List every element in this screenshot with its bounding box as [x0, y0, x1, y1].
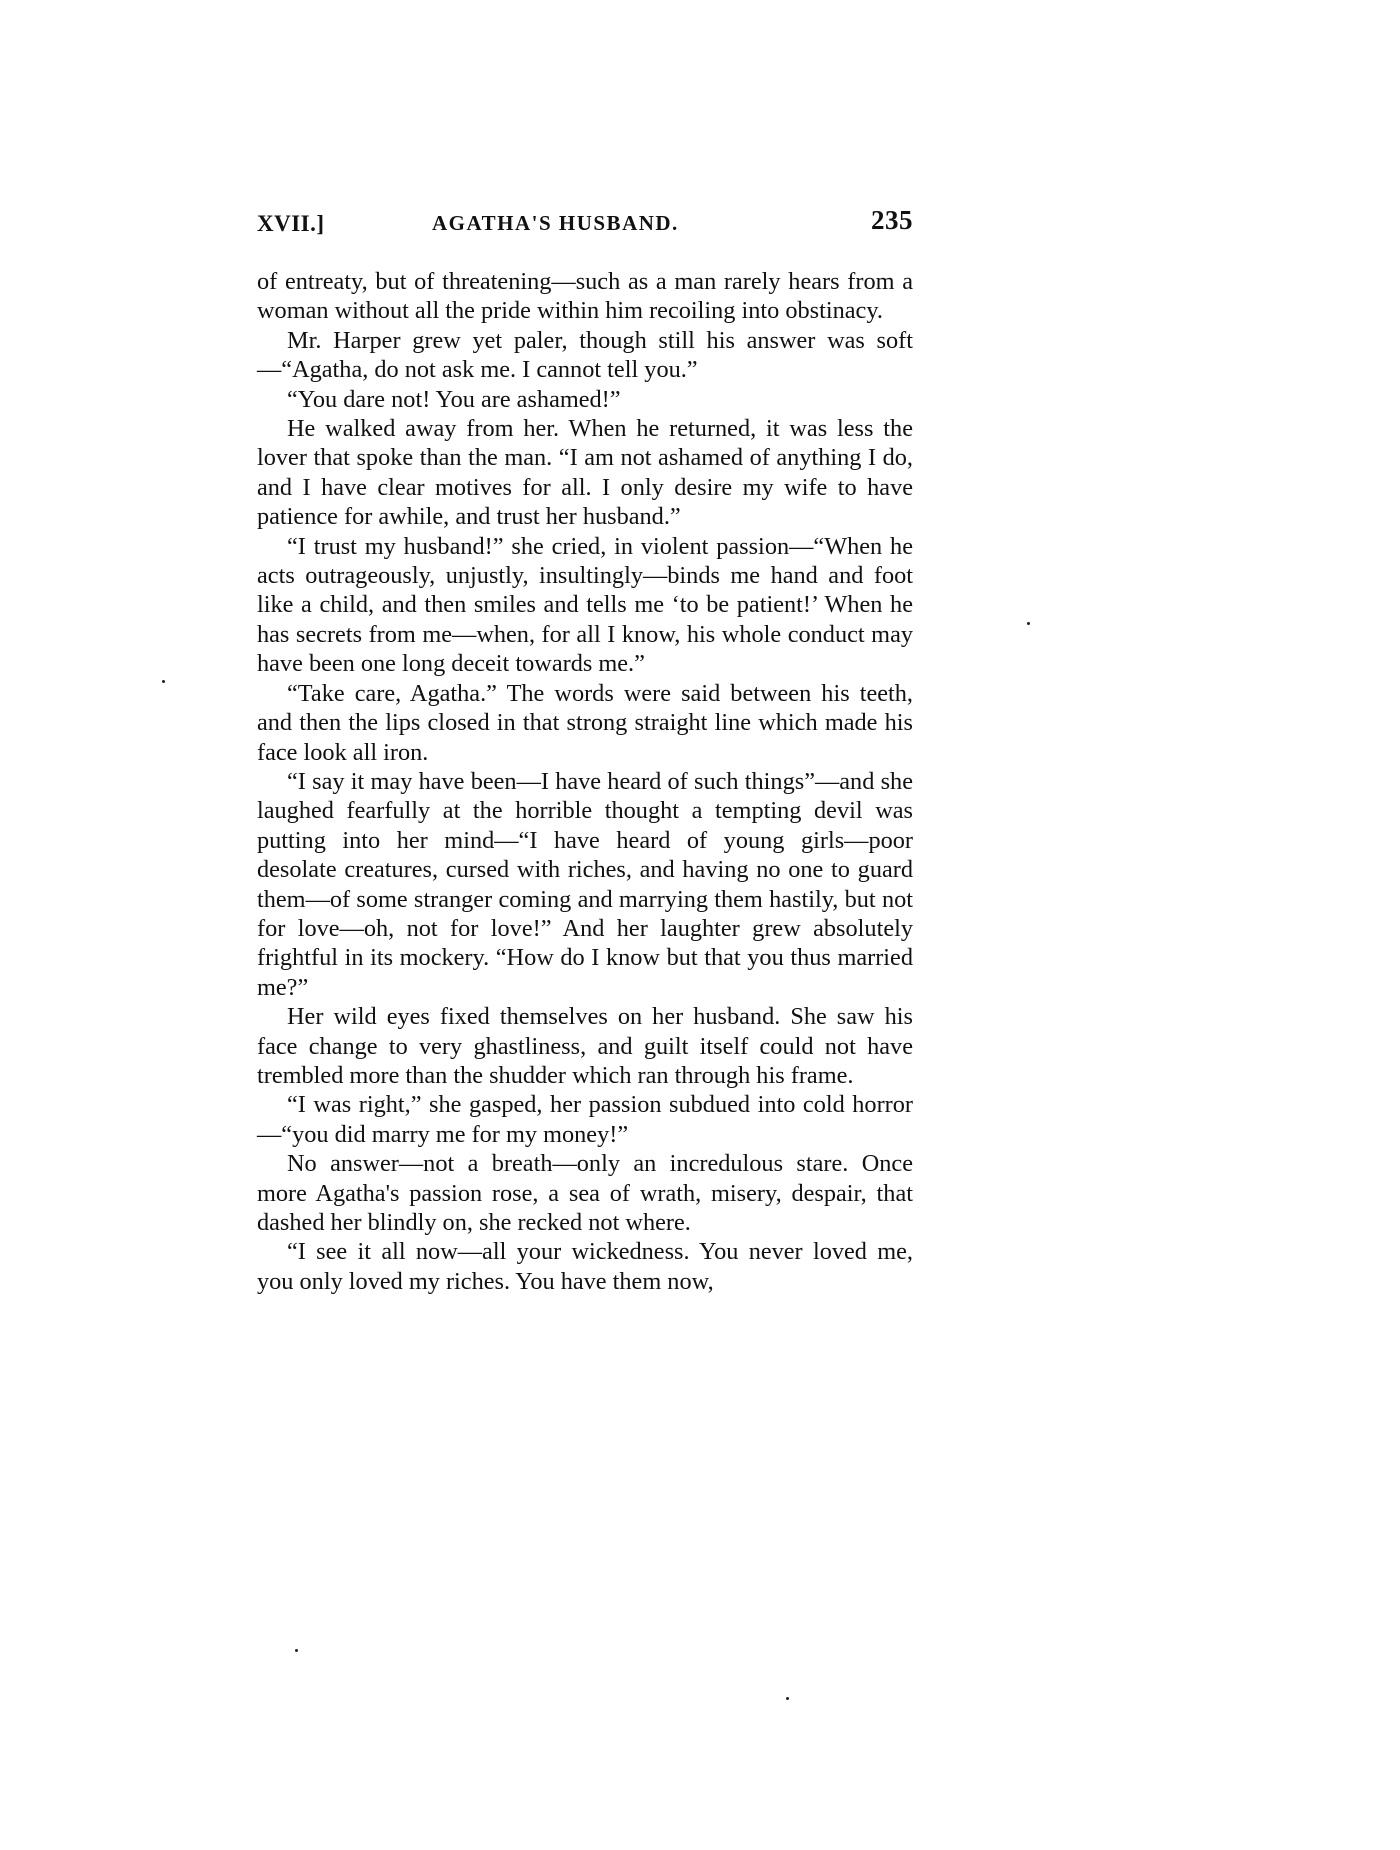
- book-page: XVII.] AGATHA'S HUSBAND. 235 of entreaty…: [257, 205, 913, 1296]
- scan-speck: [295, 1649, 298, 1652]
- chapter-marker: XVII.]: [257, 211, 325, 237]
- paragraph: of entreaty, but of threatening—such as …: [257, 267, 913, 326]
- paragraph: Mr. Harper grew yet paler, though still …: [257, 326, 913, 385]
- scan-speck: [162, 680, 165, 683]
- paragraph: “I was right,” she gasped, her passion s…: [257, 1090, 913, 1149]
- paragraph: No answer—not a breath—only an incredulo…: [257, 1149, 913, 1237]
- scan-speck: [786, 1697, 789, 1700]
- paragraph: “You dare not! You are ashamed!”: [257, 385, 913, 414]
- paragraph: He walked away from her. When he returne…: [257, 414, 913, 532]
- paragraph: Her wild eyes fixed themselves on her hu…: [257, 1002, 913, 1090]
- page-number: 235: [871, 205, 913, 236]
- body-text: of entreaty, but of threatening—such as …: [257, 267, 913, 1296]
- running-head: XVII.] AGATHA'S HUSBAND. 235: [257, 205, 913, 245]
- running-title: AGATHA'S HUSBAND.: [432, 211, 679, 236]
- paragraph: “I trust my husband!” she cried, in viol…: [257, 532, 913, 679]
- paragraph: “I say it may have been—I have heard of …: [257, 767, 913, 1002]
- scan-speck: [1027, 622, 1030, 625]
- paragraph: “Take care, Agatha.” The words were said…: [257, 679, 913, 767]
- paragraph: “I see it all now—all your wickedness. Y…: [257, 1237, 913, 1296]
